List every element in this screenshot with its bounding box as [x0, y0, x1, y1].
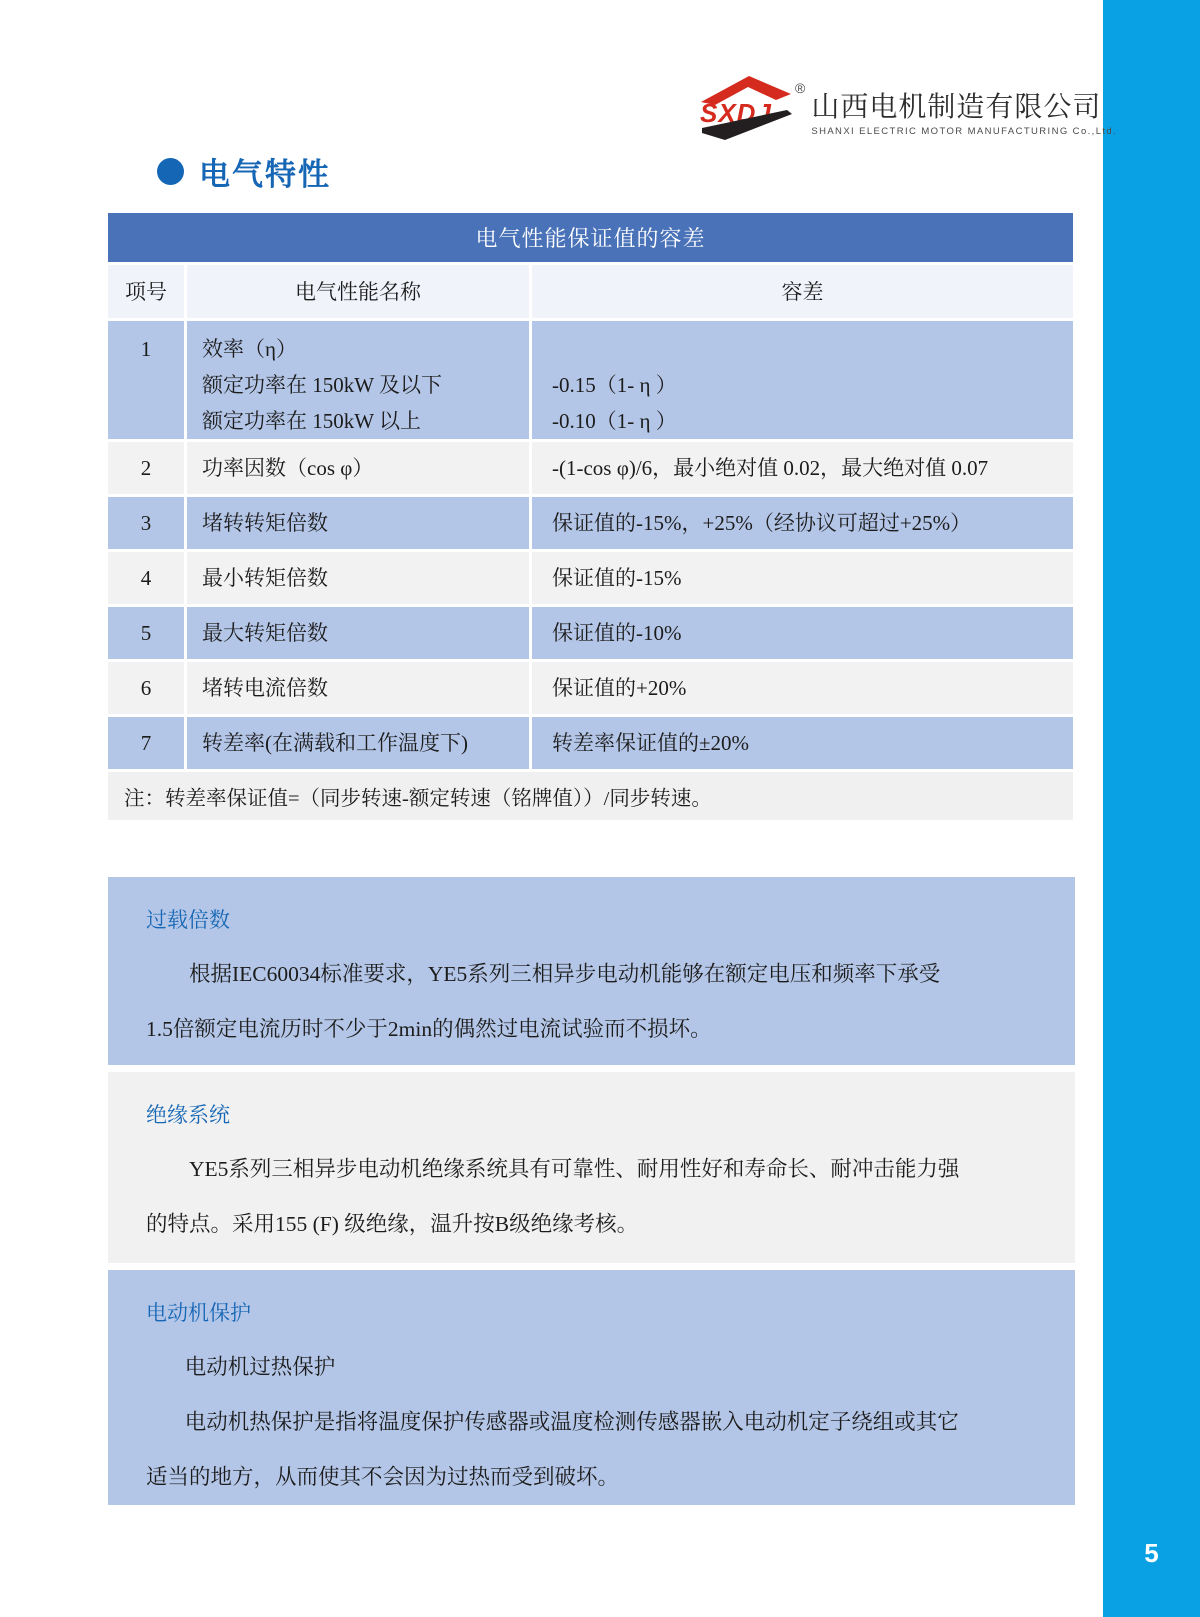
box-text-line: 的特点。采用155 (F) 级绝缘，温升按B级绝缘考核。	[146, 1197, 1039, 1252]
table-row: 7 转差率(在满载和工作温度下) 转差率保证值的±20%	[108, 717, 1073, 769]
row-tolerance: 保证值的-15%	[532, 552, 1073, 604]
box-sub-heading: 电动机过热保护	[146, 1340, 1039, 1395]
table-row: 6 堵转电流倍数 保证值的+20%	[108, 662, 1073, 714]
row-tolerance: 保证值的+20%	[532, 662, 1073, 714]
row-name: 最大转矩倍数	[187, 607, 529, 659]
table-note: 注：转差率保证值=（同步转速-额定转速（铭牌值））/同步转速。	[108, 772, 1073, 820]
motor-protection-info-box: 电动机保护 电动机过热保护 电动机热保护是指将温度保护传感器或温度检测传感器嵌入…	[108, 1270, 1075, 1505]
box-text-line: YE5系列三相异步电动机绝缘系统具有可靠性、耐用性好和寿命长、耐冲击能力强	[146, 1142, 1039, 1197]
sxdj-logo-icon: SXDJ	[697, 72, 793, 144]
sxdj-logo-graphic: SXDJ	[697, 72, 793, 144]
row-tolerance: 保证值的-10%	[532, 607, 1073, 659]
row-name: 功率因数（cos φ）	[187, 442, 529, 494]
row-tolerance: 转差率保证值的±20%	[532, 717, 1073, 769]
row-tol-line: -0.15（1- η ）	[552, 367, 1073, 403]
box-text-line: 1.5倍额定电流历时不少于2min的偶然过电流试验而不损坏。	[146, 1002, 1039, 1057]
box-text-line: 电动机热保护是指将温度保护传感器或温度检测传感器嵌入电动机定子绕组或其它	[146, 1395, 1039, 1450]
section-heading: 电气特性	[157, 149, 331, 194]
row-num: 5	[108, 607, 184, 659]
row-name: 转差率(在满载和工作温度下)	[187, 717, 529, 769]
column-header-item-no: 项号	[108, 265, 184, 318]
row-name: 堵转转矩倍数	[187, 497, 529, 549]
row-tol-line	[552, 331, 1073, 367]
row-num: 3	[108, 497, 184, 549]
box-heading: 绝缘系统	[146, 1100, 1039, 1130]
tolerance-table: 电气性能保证值的容差 项号 电气性能名称 容差 1 效率（η） 额定功率在 15…	[108, 213, 1073, 820]
brand-header: SXDJ ® 山西电机制造有限公司 SHANXI ELECTRIC MOTOR …	[697, 72, 1117, 144]
company-names: 山西电机制造有限公司 SHANXI ELECTRIC MOTOR MANUFAC…	[811, 92, 1117, 137]
section-bullet-icon	[157, 158, 184, 185]
row-num: 2	[108, 442, 184, 494]
page-accent-bar: 5	[1103, 0, 1200, 1617]
row-num: 6	[108, 662, 184, 714]
registered-trademark-icon: ®	[795, 80, 805, 96]
box-text-line: 适当的地方，从而使其不会因为过热而受到破坏。	[146, 1450, 1039, 1505]
table-row: 4 最小转矩倍数 保证值的-15%	[108, 552, 1073, 604]
row-num: 4	[108, 552, 184, 604]
company-name-cn: 山西电机制造有限公司	[811, 92, 1117, 122]
row-tol-line: -0.10（1- η ）	[552, 403, 1073, 439]
table-row: 5 最大转矩倍数 保证值的-10%	[108, 607, 1073, 659]
overload-info-box: 过载倍数 根据IEC60034标准要求，YE5系列三相异步电动机能够在额定电压和…	[108, 877, 1075, 1065]
row-name: 堵转电流倍数	[187, 662, 529, 714]
box-heading: 电动机保护	[146, 1298, 1039, 1328]
box-text-line: 根据IEC60034标准要求，YE5系列三相异步电动机能够在额定电压和频率下承受	[146, 947, 1039, 1002]
table-row: 1 效率（η） 额定功率在 150kW 及以下 额定功率在 150kW 以上 -…	[108, 321, 1073, 439]
row-name-line: 效率（η）	[202, 331, 529, 367]
row-tolerance: -(1-cos φ)/6，最小绝对值 0.02，最大绝对值 0.07	[532, 442, 1073, 494]
column-header-tolerance: 容差	[532, 265, 1073, 318]
table-title: 电气性能保证值的容差	[108, 213, 1073, 262]
box-heading: 过载倍数	[146, 905, 1039, 935]
row-name-line: 额定功率在 150kW 及以下	[202, 367, 529, 403]
row-name: 最小转矩倍数	[187, 552, 529, 604]
insulation-info-box: 绝缘系统 YE5系列三相异步电动机绝缘系统具有可靠性、耐用性好和寿命长、耐冲击能…	[108, 1072, 1075, 1263]
table-row: 2 功率因数（cos φ） -(1-cos φ)/6，最小绝对值 0.02，最大…	[108, 442, 1073, 494]
row-name-line: 额定功率在 150kW 以上	[202, 403, 529, 439]
row-num: 7	[108, 717, 184, 769]
company-name-en: SHANXI ELECTRIC MOTOR MANUFACTURING Co.,…	[811, 126, 1117, 137]
table-header-row: 项号 电气性能名称 容差	[108, 265, 1073, 318]
row-num: 1	[108, 331, 184, 367]
section-title: 电气特性	[199, 149, 331, 194]
page-number: 5	[1103, 1538, 1200, 1569]
table-row: 3 堵转转矩倍数 保证值的-15%，+25%（经协议可超过+25%）	[108, 497, 1073, 549]
row-tolerance: 保证值的-15%，+25%（经协议可超过+25%）	[532, 497, 1073, 549]
column-header-name: 电气性能名称	[187, 265, 529, 318]
